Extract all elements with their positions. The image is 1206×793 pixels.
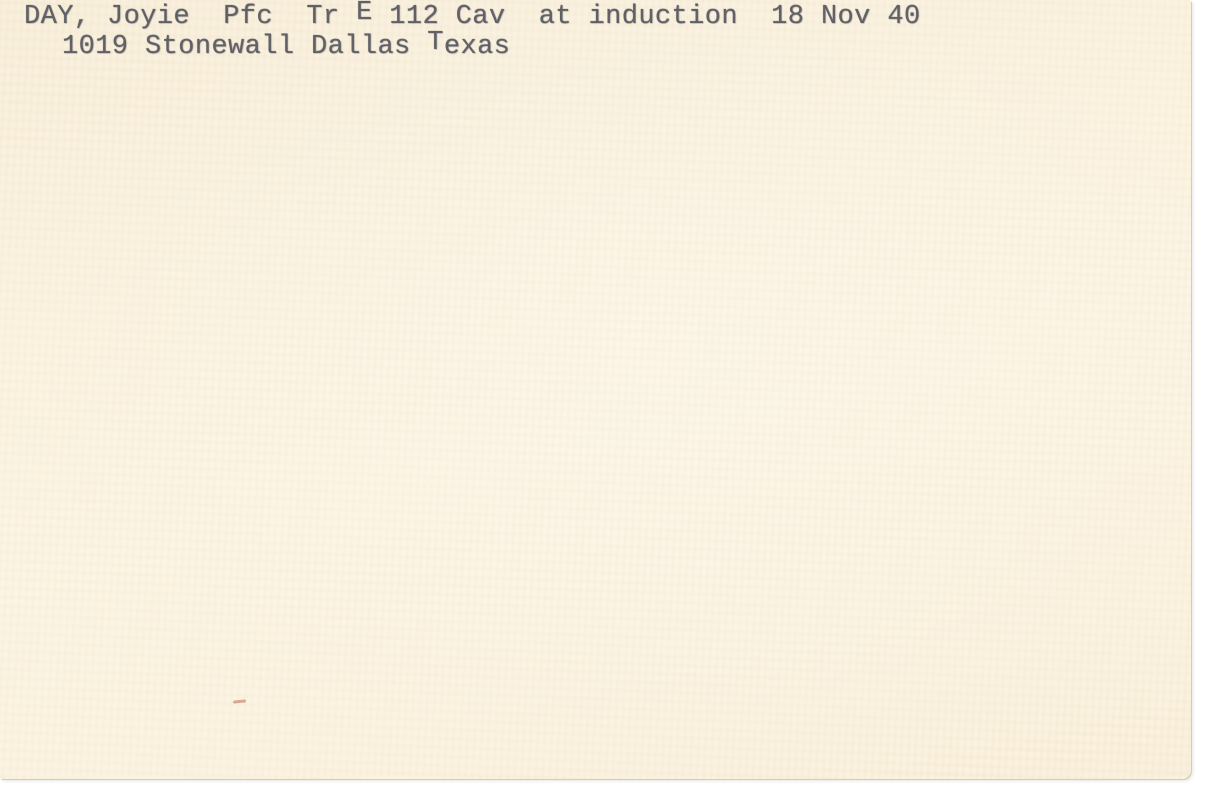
line1-text-start: DAY, Joyie Pfc Tr (24, 2, 356, 32)
line2-text-start: 1019 Stonewall Dallas (62, 32, 427, 62)
index-card: DAY, Joyie Pfc Tr E 112 Cav at induction… (0, 0, 1191, 779)
red-smudge-mark (233, 699, 246, 703)
typewritten-line-2: 1019 Stonewall Dallas Texas (62, 32, 510, 62)
line2-text-end: exas (444, 32, 510, 62)
scan-background: DAY, Joyie Pfc Tr E 112 Cav at induction… (0, 0, 1206, 793)
typewritten-line-1: DAY, Joyie Pfc Tr E 112 Cav at induction… (24, 2, 921, 32)
line1-raised-char: E (356, 0, 373, 28)
line2-raised-char: T (427, 28, 444, 58)
line1-text-end: 112 Cav at induction 18 Nov 40 (373, 2, 921, 32)
